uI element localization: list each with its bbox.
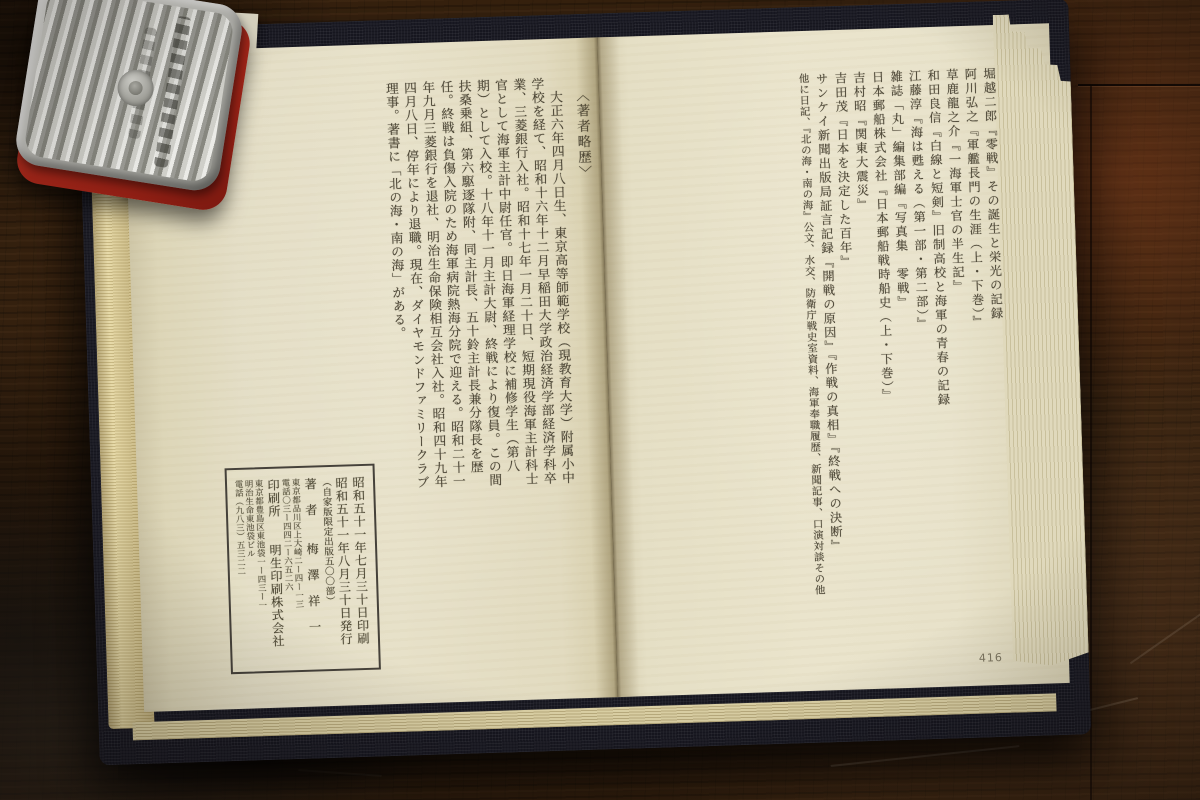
colophon-content: 昭和五十一年七月三十日印刷 昭和五十一年八月三十日発行 （自家版限定出版五〇〇部…	[234, 476, 372, 662]
photo-scene: 〈著者略歴〉 大正六年四月八日生、東京高等師範学校（現教育大学）附属小中学校を経…	[0, 0, 1200, 800]
colophon-box: 昭和五十一年七月三十日印刷 昭和五十一年八月三十日発行 （自家版限定出版五〇〇部…	[225, 464, 381, 675]
author-bio-paragraph: 大正六年四月八日生、東京高等師範学校（現教育大学）附属小中学校を経て、昭和十六年…	[380, 77, 575, 491]
page-number: 416	[979, 651, 1003, 665]
table-scratch	[830, 745, 1019, 767]
stamp-pad	[11, 0, 260, 208]
table-plank-seam-vertical	[1090, 86, 1092, 800]
table-scratch	[1130, 610, 1200, 664]
right-page: 堀越二郎『零戦』その誕生と栄光の記録 阿川弘之『軍艦長門の生涯（上・下巻）』 草…	[597, 23, 1070, 697]
author-bio-text: 大正六年四月八日生、東京高等師範学校（現教育大学）附属小中学校を経て、昭和十六年…	[376, 77, 575, 491]
stamp-pad-lid	[13, 0, 246, 194]
references-list: 堀越二郎『零戦』その誕生と栄光の記録 阿川弘之『軍艦長門の生涯（上・下巻）』 草…	[783, 67, 1014, 633]
table-plank-seam-horizontal	[1078, 84, 1200, 86]
